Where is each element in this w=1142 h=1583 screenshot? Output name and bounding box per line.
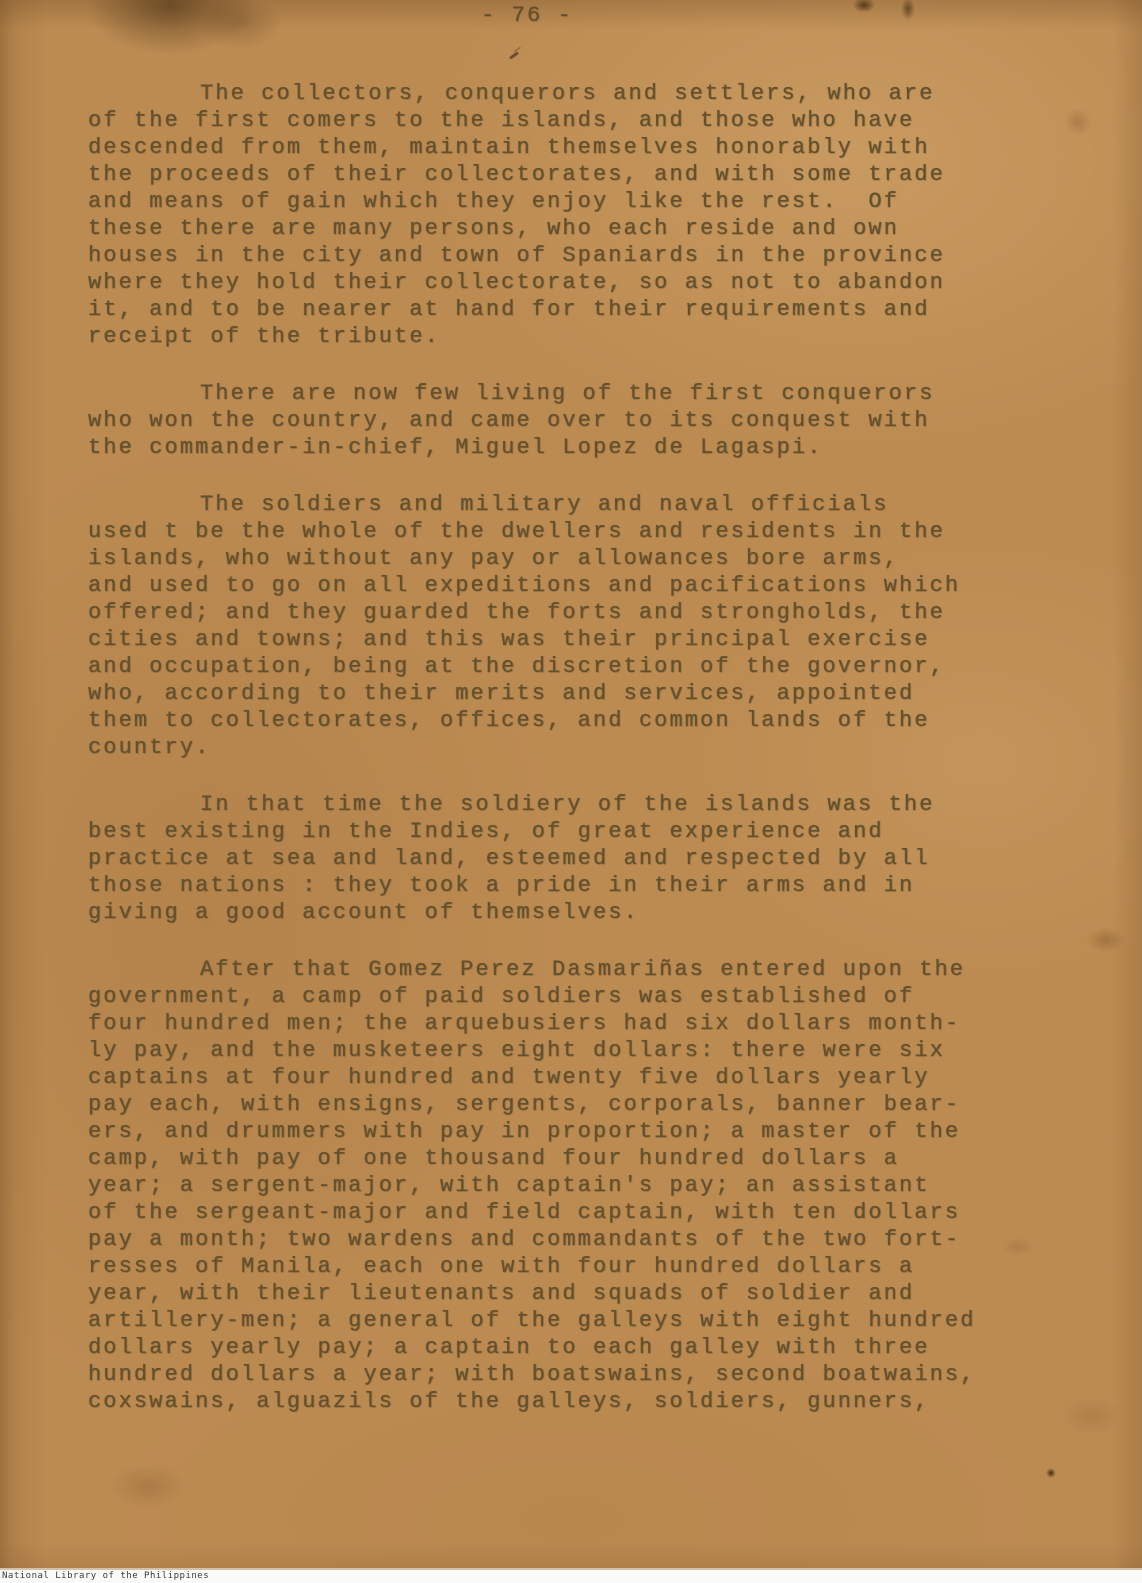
text-line: pay each, with ensigns, sergents, corpor… bbox=[88, 1091, 1068, 1118]
text-line: coxswains, alguazils of the galleys, sol… bbox=[88, 1388, 1068, 1415]
text-line: of the first comers to the islands, and … bbox=[88, 107, 1068, 134]
text-line: practice at sea and land, esteemed and r… bbox=[88, 845, 1068, 872]
text-line: and used to go on all expeditions and pa… bbox=[88, 572, 1068, 599]
document-page: - 76 - The collectors, conquerors and se… bbox=[0, 0, 1142, 1583]
text-line: where they hold their collectorate, so a… bbox=[88, 269, 1068, 296]
text-line: and means of gain which they enjoy like … bbox=[88, 188, 1068, 215]
text-line: those nations : they took a pride in the… bbox=[88, 872, 1068, 899]
paragraph: After that Gomez Perez Dasmariñas entere… bbox=[88, 956, 1068, 1415]
text-line: artillery-men; a general of the galleys … bbox=[88, 1307, 1068, 1334]
text-line: houses in the city and town of Spaniards… bbox=[88, 242, 1068, 269]
text-line: ers, and drummers with pay in proportion… bbox=[88, 1118, 1068, 1145]
text-line: the proceeds of their collectorates, and… bbox=[88, 161, 1068, 188]
text-line: used t be the whole of the dwellers and … bbox=[88, 518, 1068, 545]
text-line: receipt of the tribute. bbox=[88, 323, 1068, 350]
text-line: captains at four hundred and twenty five… bbox=[88, 1064, 1068, 1091]
text-line: government, a camp of paid soldiers was … bbox=[88, 983, 1068, 1010]
paragraph: The soldiers and military and naval offi… bbox=[88, 491, 1068, 761]
text-line: descended from them, maintain themselves… bbox=[88, 134, 1068, 161]
text-line: dollars yearly pay; a captain to each ga… bbox=[88, 1334, 1068, 1361]
text-line: In that time the soldiery of the islands… bbox=[88, 791, 1068, 818]
page-number: - 76 - bbox=[0, 2, 1054, 29]
text-line: best existing in the Indies, of great ex… bbox=[88, 818, 1068, 845]
text-line: resses of Manila, each one with four hun… bbox=[88, 1253, 1068, 1280]
paragraph: In that time the soldiery of the islands… bbox=[88, 791, 1068, 926]
text-line: who won the country, and came over to it… bbox=[88, 407, 1068, 434]
text-line: The soldiers and military and naval offi… bbox=[88, 491, 1068, 518]
text-line: these there are many persons, who each r… bbox=[88, 215, 1068, 242]
text-line: pay a month; two wardens and commandants… bbox=[88, 1226, 1068, 1253]
text-line: and occupation, being at the discretion … bbox=[88, 653, 1068, 680]
library-watermark: National Library of the Philippines bbox=[2, 1571, 209, 1581]
text-line: The collectors, conquerors and settlers,… bbox=[88, 80, 1068, 107]
text-line: camp, with pay of one thousand four hund… bbox=[88, 1145, 1068, 1172]
text-line: ly pay, and the musketeers eight dollars… bbox=[88, 1037, 1068, 1064]
text-line: who, according to their merits and servi… bbox=[88, 680, 1068, 707]
text-line: it, and to be nearer at hand for their r… bbox=[88, 296, 1068, 323]
document-text: The collectors, conquerors and settlers,… bbox=[88, 80, 1068, 1445]
text-line: There are now few living of the first co… bbox=[88, 380, 1068, 407]
paragraph: There are now few living of the first co… bbox=[88, 380, 1068, 461]
text-line: hundred dollars a year; with boatswains,… bbox=[88, 1361, 1068, 1388]
text-line: year, with their lieutenants and squads … bbox=[88, 1280, 1068, 1307]
text-line: year; a sergent-major, with captain's pa… bbox=[88, 1172, 1068, 1199]
text-line: giving a good account of themselves. bbox=[88, 899, 1068, 926]
paragraph: The collectors, conquerors and settlers,… bbox=[88, 80, 1068, 350]
text-line: four hundred men; the arquebusiers had s… bbox=[88, 1010, 1068, 1037]
text-line: of the sergeant-major and field captain,… bbox=[88, 1199, 1068, 1226]
pen-mark bbox=[509, 51, 519, 59]
text-line: them to collectorates, offices, and comm… bbox=[88, 707, 1068, 734]
scan-footer: National Library of the Philippines bbox=[0, 1568, 1142, 1583]
text-line: islands, who without any pay or allowanc… bbox=[88, 545, 1068, 572]
text-line: After that Gomez Perez Dasmariñas entere… bbox=[88, 956, 1068, 983]
text-line: cities and towns; and this was their pri… bbox=[88, 626, 1068, 653]
text-line: country. bbox=[88, 734, 1068, 761]
text-line: offered; and they guarded the forts and … bbox=[88, 599, 1068, 626]
text-line: the commander-in-chief, Miguel Lopez de … bbox=[88, 434, 1068, 461]
